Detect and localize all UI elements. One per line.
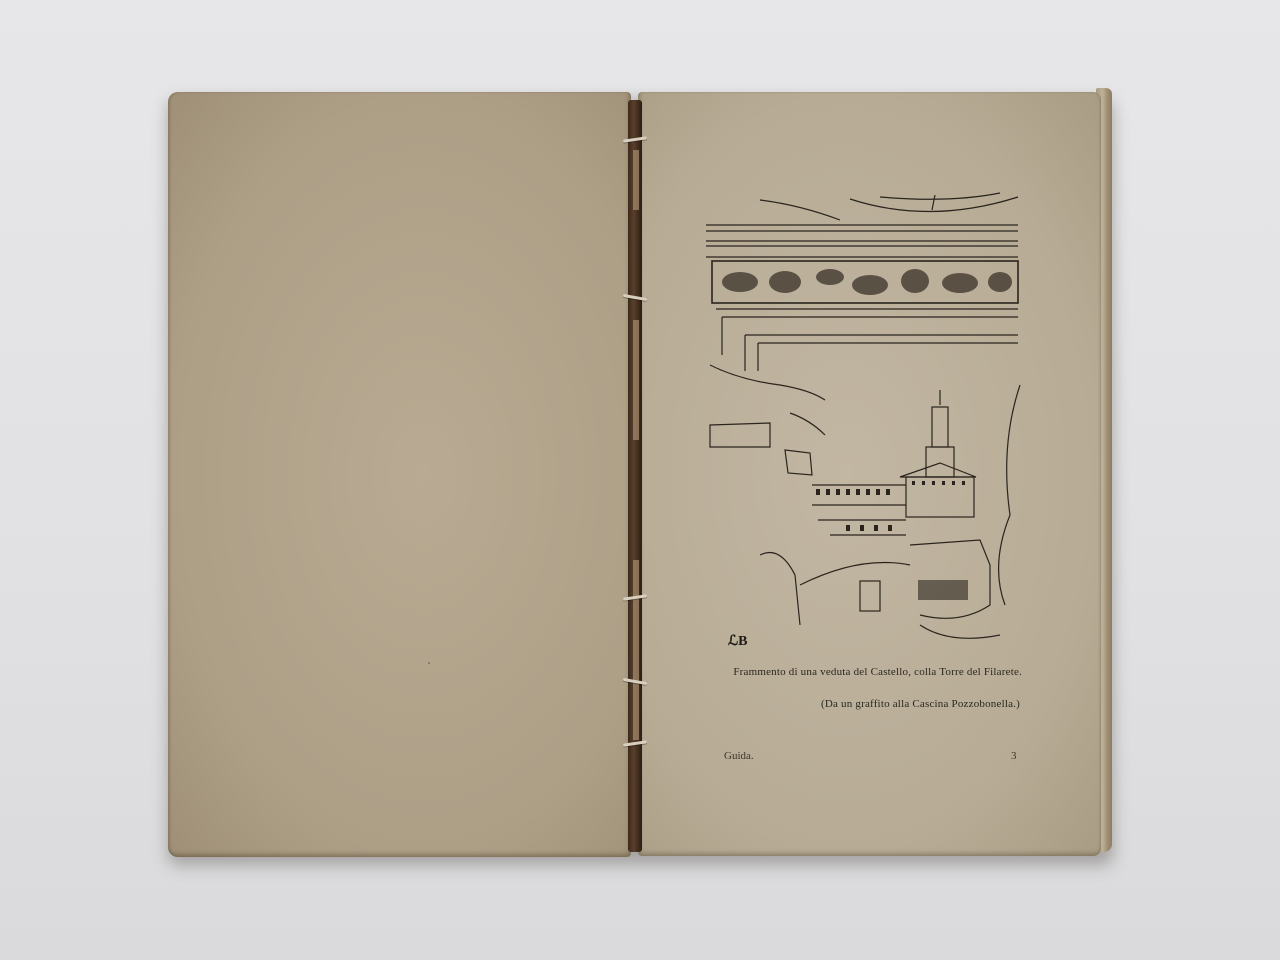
page-number: 3 <box>1011 750 1017 762</box>
paper-speck <box>428 662 430 664</box>
footer-signature: Guida. <box>724 750 754 762</box>
spine-paper-strip <box>633 560 639 740</box>
spine-paper-strip <box>633 150 639 210</box>
left-page <box>168 92 631 857</box>
monogram: ℒB <box>728 634 747 649</box>
castle-illustration: ℒB <box>700 185 1030 655</box>
illustration-source-note: (Da un graffito alla Cascina Pozzobonell… <box>800 698 1020 710</box>
spine-paper-strip <box>633 320 639 440</box>
illustration-caption: Frammento di una veduta del Castello, co… <box>722 666 1022 678</box>
